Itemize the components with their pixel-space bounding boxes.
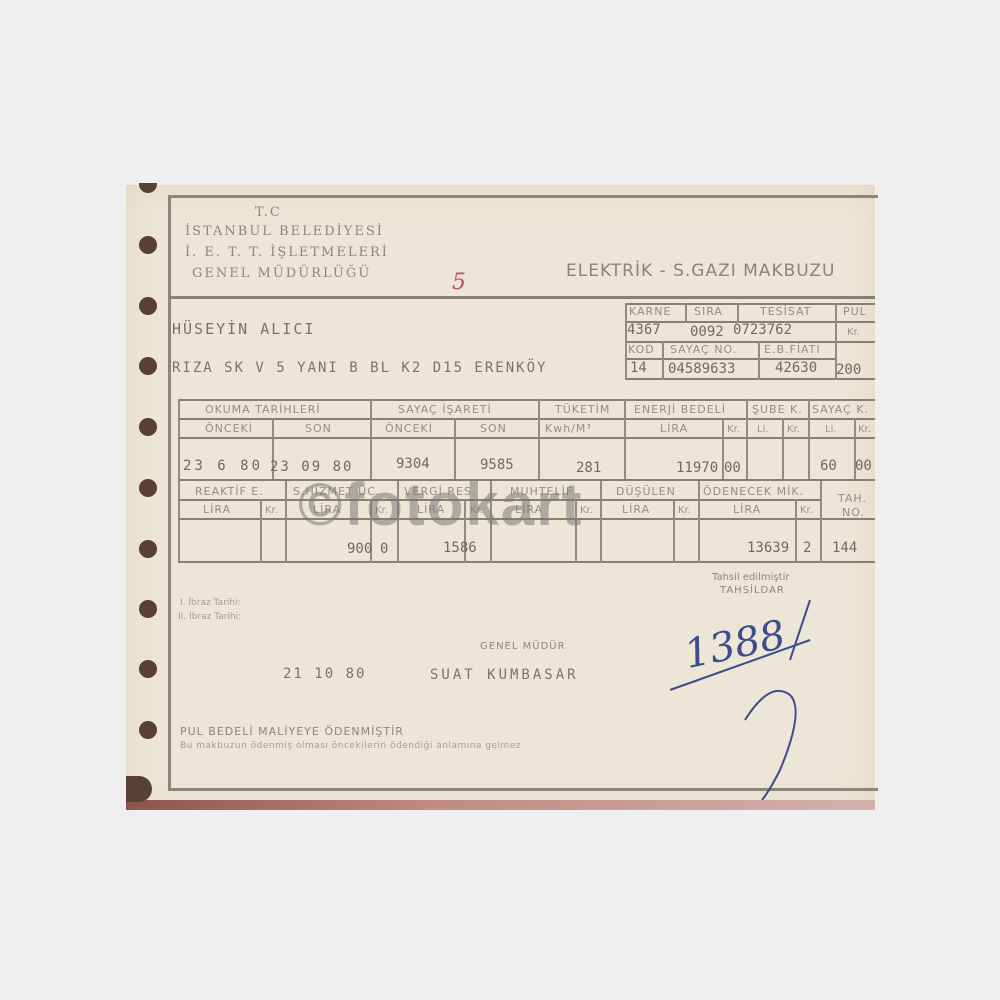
- grid-line: [538, 399, 540, 479]
- label-eb-fiati: E.B.FİATI: [764, 343, 821, 356]
- subheader-reaktif-kr: Kr.: [265, 505, 278, 516]
- grid-line: [685, 303, 687, 323]
- subheader-okuma-onceki: ÖNCEKİ: [205, 422, 253, 435]
- red-pen-mark: 5: [452, 270, 466, 295]
- sira-value: 0092: [690, 324, 724, 340]
- header-enerji-bedeli: ENERJİ BEDELİ: [634, 403, 726, 416]
- grid-line: [820, 481, 822, 562]
- grid-line: [178, 418, 875, 420]
- grid-line: [795, 499, 797, 562]
- subheader-odenecek-kr: Kr.: [800, 505, 813, 516]
- header-tuketim: TÜKETİM: [555, 403, 610, 416]
- subheader-enerji-kr: Kr.: [727, 424, 740, 435]
- disclaimer: Bu makbuzun ödenmiş olması öncekilerin ö…: [180, 741, 521, 751]
- header-sube-k: ŞUBE K.: [752, 403, 803, 416]
- vergi-lira-value: 1586: [443, 540, 477, 556]
- subheader-sayac-onceki: ÖNCEKİ: [385, 422, 433, 435]
- header-okuma-tarihleri: OKUMA TARİHLERİ: [205, 403, 321, 416]
- signature-pen-strokes: [660, 600, 830, 810]
- kod-value: 14: [630, 360, 647, 376]
- grid-line: [285, 481, 287, 562]
- receipt-title: ELEKTRİK - S.GAZI MAKBUZU: [566, 261, 835, 281]
- label-sayac-no: SAYAÇ NO.: [670, 343, 737, 356]
- label-tesisat: TESİSAT: [760, 305, 811, 318]
- director-name: SUAT KUMBASAR: [430, 667, 579, 683]
- org-line-tc: T.C: [255, 205, 282, 220]
- label-pul: PUL: [843, 305, 867, 318]
- sayac-no-value: 04589633: [668, 361, 735, 377]
- subheader-sayac-li: Li.: [825, 424, 837, 435]
- grid-line: [808, 399, 810, 479]
- label-sira: SIRA: [694, 305, 723, 318]
- subheader-kwh: Kwh/M³: [545, 422, 592, 435]
- divider: [170, 296, 875, 299]
- perforation-hole: [139, 418, 157, 436]
- grid-line: [624, 399, 626, 479]
- org-line-belediye: İSTANBUL BELEDİYESİ: [185, 224, 384, 239]
- odenecek-kr-value: 2: [803, 540, 811, 556]
- grid-line: [178, 561, 875, 563]
- grid-line: [737, 303, 739, 323]
- sayac-k-lira-value: 60: [820, 458, 837, 474]
- perforation-hole: [139, 357, 157, 375]
- grid-line: [370, 399, 372, 479]
- ibraz-1-label: I. İbraz Tarihi:: [180, 598, 241, 608]
- header-no: NO.: [842, 506, 865, 519]
- sayac-k-kr-value: 00: [855, 458, 872, 474]
- subheader-sayac-kr: Kr.: [858, 424, 871, 435]
- perforation-hole: [139, 297, 157, 315]
- subheader-sube-li: Li.: [757, 424, 769, 435]
- customer-name: HÜSEYİN ALICI: [172, 320, 315, 338]
- header-sayac-isareti: SAYAÇ İŞARETİ: [398, 403, 492, 416]
- karne-value: 4367: [627, 322, 661, 338]
- header-dusulen: DÜŞÜLEN: [616, 485, 676, 498]
- perforation-hole: [139, 479, 157, 497]
- grid-line: [260, 499, 262, 562]
- enerji-lira-value: 11970: [676, 460, 718, 476]
- subheader-dusulen-kr: Kr.: [678, 505, 691, 516]
- grid-line: [673, 499, 675, 562]
- header-reaktif: REAKTİF E.: [195, 485, 264, 498]
- pul-value: 200: [836, 362, 861, 378]
- customer-address: RIZA SK V 5 YANI B BL K2 D15 ERENKÖY: [172, 360, 547, 376]
- pul-bedeli-note: PUL BEDELİ MALİYEYE ÖDENMİŞTİR: [180, 725, 404, 738]
- grid-line: [178, 437, 875, 439]
- subheader-dusulen-lira: LİRA: [622, 503, 650, 516]
- label-kod: KOD: [628, 343, 655, 356]
- grid-line: [600, 481, 602, 562]
- hizmet-lira-value: 900: [347, 541, 372, 557]
- genel-mudur-label: GENEL MÜDÜR: [480, 641, 566, 652]
- okuma-onceki-value: 23 6 80: [183, 458, 263, 474]
- tahsildar-label: TAHSİLDAR: [720, 585, 785, 596]
- perforation-hole: [139, 540, 157, 558]
- tahsil-label: Tahsil edilmiştir: [712, 572, 789, 583]
- enerji-kr-value: 00: [724, 460, 741, 476]
- odenecek-lira-value: 13639: [747, 540, 789, 556]
- org-line-iett: İ. E. T. T. İŞLETMELERİ: [185, 245, 389, 260]
- header-tah: TAH.: [838, 492, 867, 505]
- perforation-hole: [139, 600, 157, 618]
- issue-date: 21 10 80: [283, 666, 366, 682]
- subheader-enerji-lira: LİRA: [660, 422, 688, 435]
- watermark: ©fotokart: [298, 470, 584, 539]
- tah-no-value: 144: [832, 540, 857, 556]
- perforation-hole: [139, 721, 157, 739]
- header-sayac-k: SAYAÇ K.: [812, 403, 869, 416]
- grid-line: [758, 341, 760, 380]
- ibraz-2-label: II. İbraz Tarihi:: [178, 612, 241, 622]
- eb-fiati-value: 42630: [775, 360, 817, 376]
- perforation-hole: [139, 660, 157, 678]
- org-line-mudurluk: GENEL MÜDÜRLÜĞÜ: [192, 266, 371, 281]
- tesisat-value: 0723762: [733, 322, 792, 338]
- hizmet-kr-value: 0: [380, 541, 388, 557]
- subheader-reaktif-lira: LİRA: [203, 503, 231, 516]
- grid-line: [746, 399, 748, 479]
- subheader-okuma-son: SON: [305, 422, 332, 435]
- label-karne: KARNE: [629, 305, 671, 318]
- grid-line: [178, 399, 180, 562]
- perforation-hole: [139, 236, 157, 254]
- grid-line: [662, 341, 664, 380]
- subheader-sube-kr: Kr.: [787, 424, 800, 435]
- label-pul-kr: Kr.: [847, 327, 860, 338]
- grid-line: [698, 481, 700, 562]
- grid-line: [625, 303, 627, 380]
- subheader-sayac-son: SON: [480, 422, 507, 435]
- perforation-hole: [126, 776, 152, 802]
- grid-line: [782, 418, 784, 479]
- subheader-odenecek-lira: LİRA: [733, 503, 761, 516]
- header-odenecek: ÖDENECEK MİK.: [703, 485, 804, 498]
- grid-line: [178, 399, 875, 401]
